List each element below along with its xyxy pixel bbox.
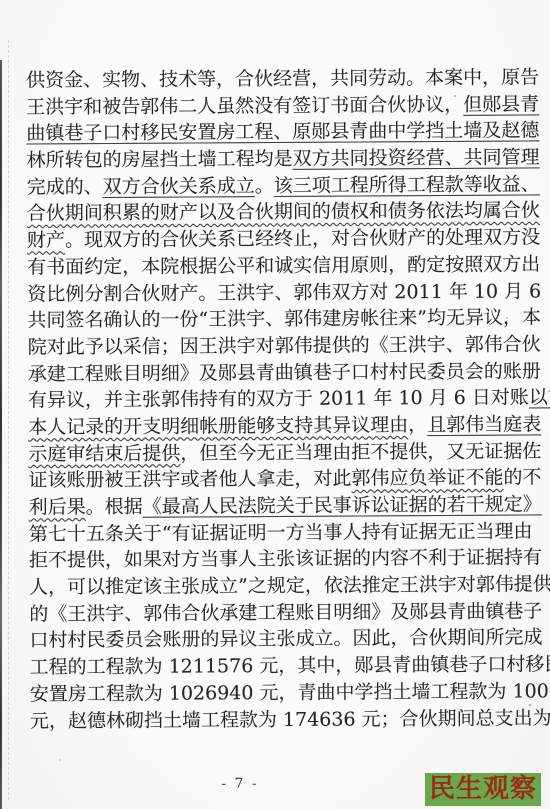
- text-line: 的《王洪宇、郭伟合伙承建工程账目明细》及郧县青曲镇巷子: [29, 598, 523, 628]
- page-number: - 7 -: [0, 775, 480, 794]
- text-segment: 。现双方的合伙关系已经终止，对合伙财产的处理双方没: [65, 227, 540, 252]
- underlined-text-segment: 郭伟应负举证不能: [351, 467, 503, 490]
- text-segment: 。根据: [86, 496, 143, 518]
- text-line: 曲镇巷子口村移民安置房工程、原郧县青曲中学挡土墙及赵德: [26, 118, 520, 148]
- text-segment: 完成的、: [27, 176, 103, 198]
- text-segment: 院对此予以采信；因王洪宇对郭伟提供的《王洪宇、郭伟合伙: [28, 333, 541, 358]
- text-segment: ，: [408, 414, 427, 436]
- text-segment: 的《王洪宇、郭伟合伙承建工程账目明细》及郧县青曲镇巷子: [29, 600, 542, 625]
- document-text: 供资金、实物、技术等，合伙经营，共同劳动。本案中，原告王洪宇和被告郭伟二人虽然没…: [26, 64, 524, 734]
- text-line: 有异议，并主张郭伟持有的双方于 2011 年 10 月 6 日对账以前: [28, 385, 522, 415]
- text-segment: 第七十五条关于“有证据证明一方当事人持有证据无正当理由: [29, 520, 533, 545]
- scanned-document-page: 供资金、实物、技术等，合伙经营，共同劳动。本案中，原告王洪宇和被告郭伟二人虽然没…: [0, 0, 550, 809]
- text-segment: 有书面约定，本院根据公平和诚实信用原则，酌定按照双方出: [27, 253, 540, 278]
- text-line: 人，可以推定该主张成立”之规定，依法推定王洪宇对郭伟提供: [29, 572, 523, 602]
- underlined-text-segment: 财产: [27, 229, 65, 251]
- underlined-text-segment: 该三项工程所得工程款等收益、: [274, 173, 540, 197]
- text-segment: 证该账册被王洪宇或者他人拿走，对此: [28, 468, 351, 492]
- text-line: 有书面约定，本院根据公平和诚实信用原则，酌定按照双方出: [27, 251, 521, 281]
- underlined-text-segment: 合伙期间积累的财产以及合伙期间的债权和债务依法均属合伙: [27, 200, 540, 225]
- text-line: 承建工程账目明细》及郧县青曲镇巷子口村村民委员会的账册: [28, 358, 522, 388]
- scan-edge-artifact: [0, 60, 2, 809]
- text-line: 合伙期间积累的财产以及合伙期间的债权和债务依法均属合伙: [27, 198, 521, 228]
- text-line: 供资金、实物、技术等，合伙经营，共同劳动。本案中，原告: [26, 64, 520, 94]
- text-line: 证该账册被王洪宇或者他人拿走，对此郭伟应负举证不能的不: [28, 465, 522, 495]
- text-segment: 的不: [503, 467, 541, 489]
- text-segment: 有异议，并主张郭伟持有的双方于 2011 年 10 月 6 日对账: [28, 387, 529, 412]
- text-line: 林所转包的房屋挡土墙工程均是双方共同投资经营、共同管理: [26, 145, 520, 175]
- text-line: 院对此予以采信；因王洪宇对郭伟提供的《王洪宇、郭伟合伙: [28, 331, 522, 361]
- underlined-text-segment: 曲镇巷子口村移民安置房工程、原郧县青曲中学挡土墙及赵德: [26, 120, 539, 145]
- text-line: 示庭审结束后提供，但至今无正当理由拒不提供，又无证据佐: [28, 438, 522, 468]
- text-segment: 供资金、实物、技术等，合伙经营，共同劳动。本案中，原告: [26, 66, 539, 91]
- underlined-text-segment: 双方合伙关系成立: [103, 175, 255, 198]
- text-segment: ，但至今无正当理由拒不提供，又无证据佐: [180, 440, 541, 464]
- text-line: 元，赵德林砌挡土墙工程款为 174636 元；合伙期间总支出为: [30, 705, 524, 735]
- text-line: 安置房工程款为 1026940 元，青曲中学挡土墙工程款为 10000: [30, 678, 524, 708]
- text-segment: 拒不提供，如果对方当事人主张该证据的内容不利于证据持有: [29, 547, 542, 572]
- text-line: 第七十五条关于“有证据证明一方当事人持有证据无正当理由: [29, 518, 523, 548]
- text-line: 财产。现双方的合伙关系已经终止，对合伙财产的处理双方没: [27, 225, 521, 255]
- text-segment: 。: [255, 175, 274, 197]
- text-line: 口村村民委员会账册的异议主张成立。因此，合伙期间所完成: [29, 625, 523, 655]
- underlined-text-segment: 且郭伟当庭表: [427, 413, 541, 436]
- watermark-stamp: 民生观察: [425, 773, 541, 806]
- underlined-text-segment: 《最高人民法院关于民事诉讼证据的若干规定》: [143, 493, 542, 517]
- text-line: 拒不提供，如果对方当事人主张该证据的内容不利于证据持有: [29, 545, 523, 575]
- text-segment: 人，可以推定该主张成立”之规定，依法推定王洪宇对郭伟提供: [29, 573, 550, 598]
- text-line: 完成的、双方合伙关系成立。该三项工程所得工程款等收益、: [27, 171, 521, 201]
- underlined-text-segment: 本人记录的开支明细帐册能够支持其异议理由: [28, 414, 408, 438]
- text-segment: 口村村民委员会账册的异议主张成立。因此，合伙期间所完成: [29, 627, 542, 652]
- underlined-text-segment: 但郧县青: [463, 93, 539, 115]
- text-segment: 安置房工程款为 1026940 元，青曲中学挡土墙工程款为 10000: [30, 680, 550, 705]
- underlined-text-segment: 示庭审结束后提供: [28, 442, 180, 465]
- underlined-text-segment: 利后果: [29, 496, 86, 518]
- text-segment: 资比例分割合伙财产。王洪宇、郭伟双方对 2011 年 10 月 6 日: [27, 280, 550, 305]
- text-segment: 元，赵德林砌挡土墙工程款为 174636 元；合伙期间总支出为: [30, 707, 550, 732]
- margin-perforation-line: [8, 40, 9, 800]
- text-line: 利后果。根据《最高人民法院关于民事诉讼证据的若干规定》: [29, 491, 523, 521]
- text-segment: 共同签名确认的一份“王洪宇、郭伟建房帐往来”均无异议，本: [27, 307, 541, 332]
- underlined-text-segment: 以前: [529, 386, 550, 408]
- text-line: 工程的工程款为 1211576 元，其中，郧县青曲镇巷子口村移民: [30, 652, 524, 682]
- underlined-text-segment: 双方共同投资经营、共同管理: [292, 146, 539, 170]
- text-line: 王洪宇和被告郭伟二人虽然没有签订书面合伙协议，但郧县青: [26, 91, 520, 121]
- text-segment: 林所转包的房屋挡土墙工程均是: [26, 148, 292, 172]
- text-line: 本人记录的开支明细帐册能够支持其异议理由，且郭伟当庭表: [28, 411, 522, 441]
- text-segment: 王洪宇和被告郭伟二人虽然没有签订书面合伙协议，: [26, 94, 463, 119]
- text-line: 共同签名确认的一份“王洪宇、郭伟建房帐往来”均无异议，本: [27, 305, 521, 335]
- text-segment: 工程的工程款为 1211576 元，其中，郧县青曲镇巷子口村移民: [30, 653, 550, 678]
- text-line: 资比例分割合伙财产。王洪宇、郭伟双方对 2011 年 10 月 6 日: [27, 278, 521, 308]
- text-segment: 承建工程账目明细》及郧县青曲镇巷子口村村民委员会的账册: [28, 360, 541, 385]
